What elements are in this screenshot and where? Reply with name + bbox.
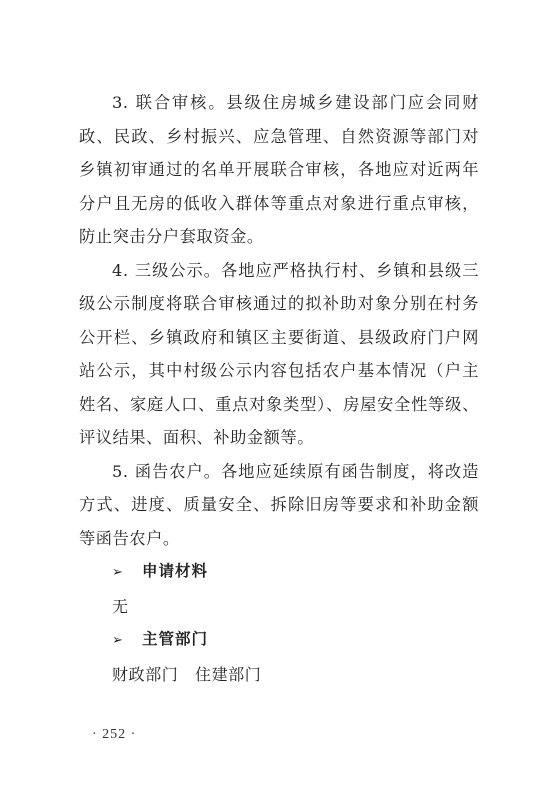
page-number: · 252 · <box>92 727 136 743</box>
arrow-bullet-icon: ➢ <box>112 556 142 590</box>
arrow-bullet-icon: ➢ <box>112 624 142 658</box>
paragraph-notify-farmers: 5. 函告农户。各地应延续原有函告制度，将改造方式、进度、质量安全、拆除旧房等要… <box>79 455 479 556</box>
paragraph-three-level-publicity: 4. 三级公示。各地应严格执行村、乡镇和县级三级公示制度将联合审核通过的拟补助对… <box>79 254 479 455</box>
section-title: 申请材料 <box>142 562 208 580</box>
section-heading-competent-departments: ➢主管部门 <box>79 623 479 658</box>
document-page: 3. 联合审核。县级住房城乡建设部门应会同财政、民政、乡村振兴、应急管理、自然资… <box>79 86 479 691</box>
section-content-application-materials: 无 <box>79 590 479 624</box>
section-content-competent-departments: 财政部门 住建部门 <box>79 658 479 692</box>
paragraph-joint-review: 3. 联合审核。县级住房城乡建设部门应会同财政、民政、乡村振兴、应急管理、自然资… <box>79 86 479 254</box>
section-heading-application-materials: ➢申请材料 <box>79 555 479 590</box>
section-title: 主管部门 <box>142 630 208 648</box>
